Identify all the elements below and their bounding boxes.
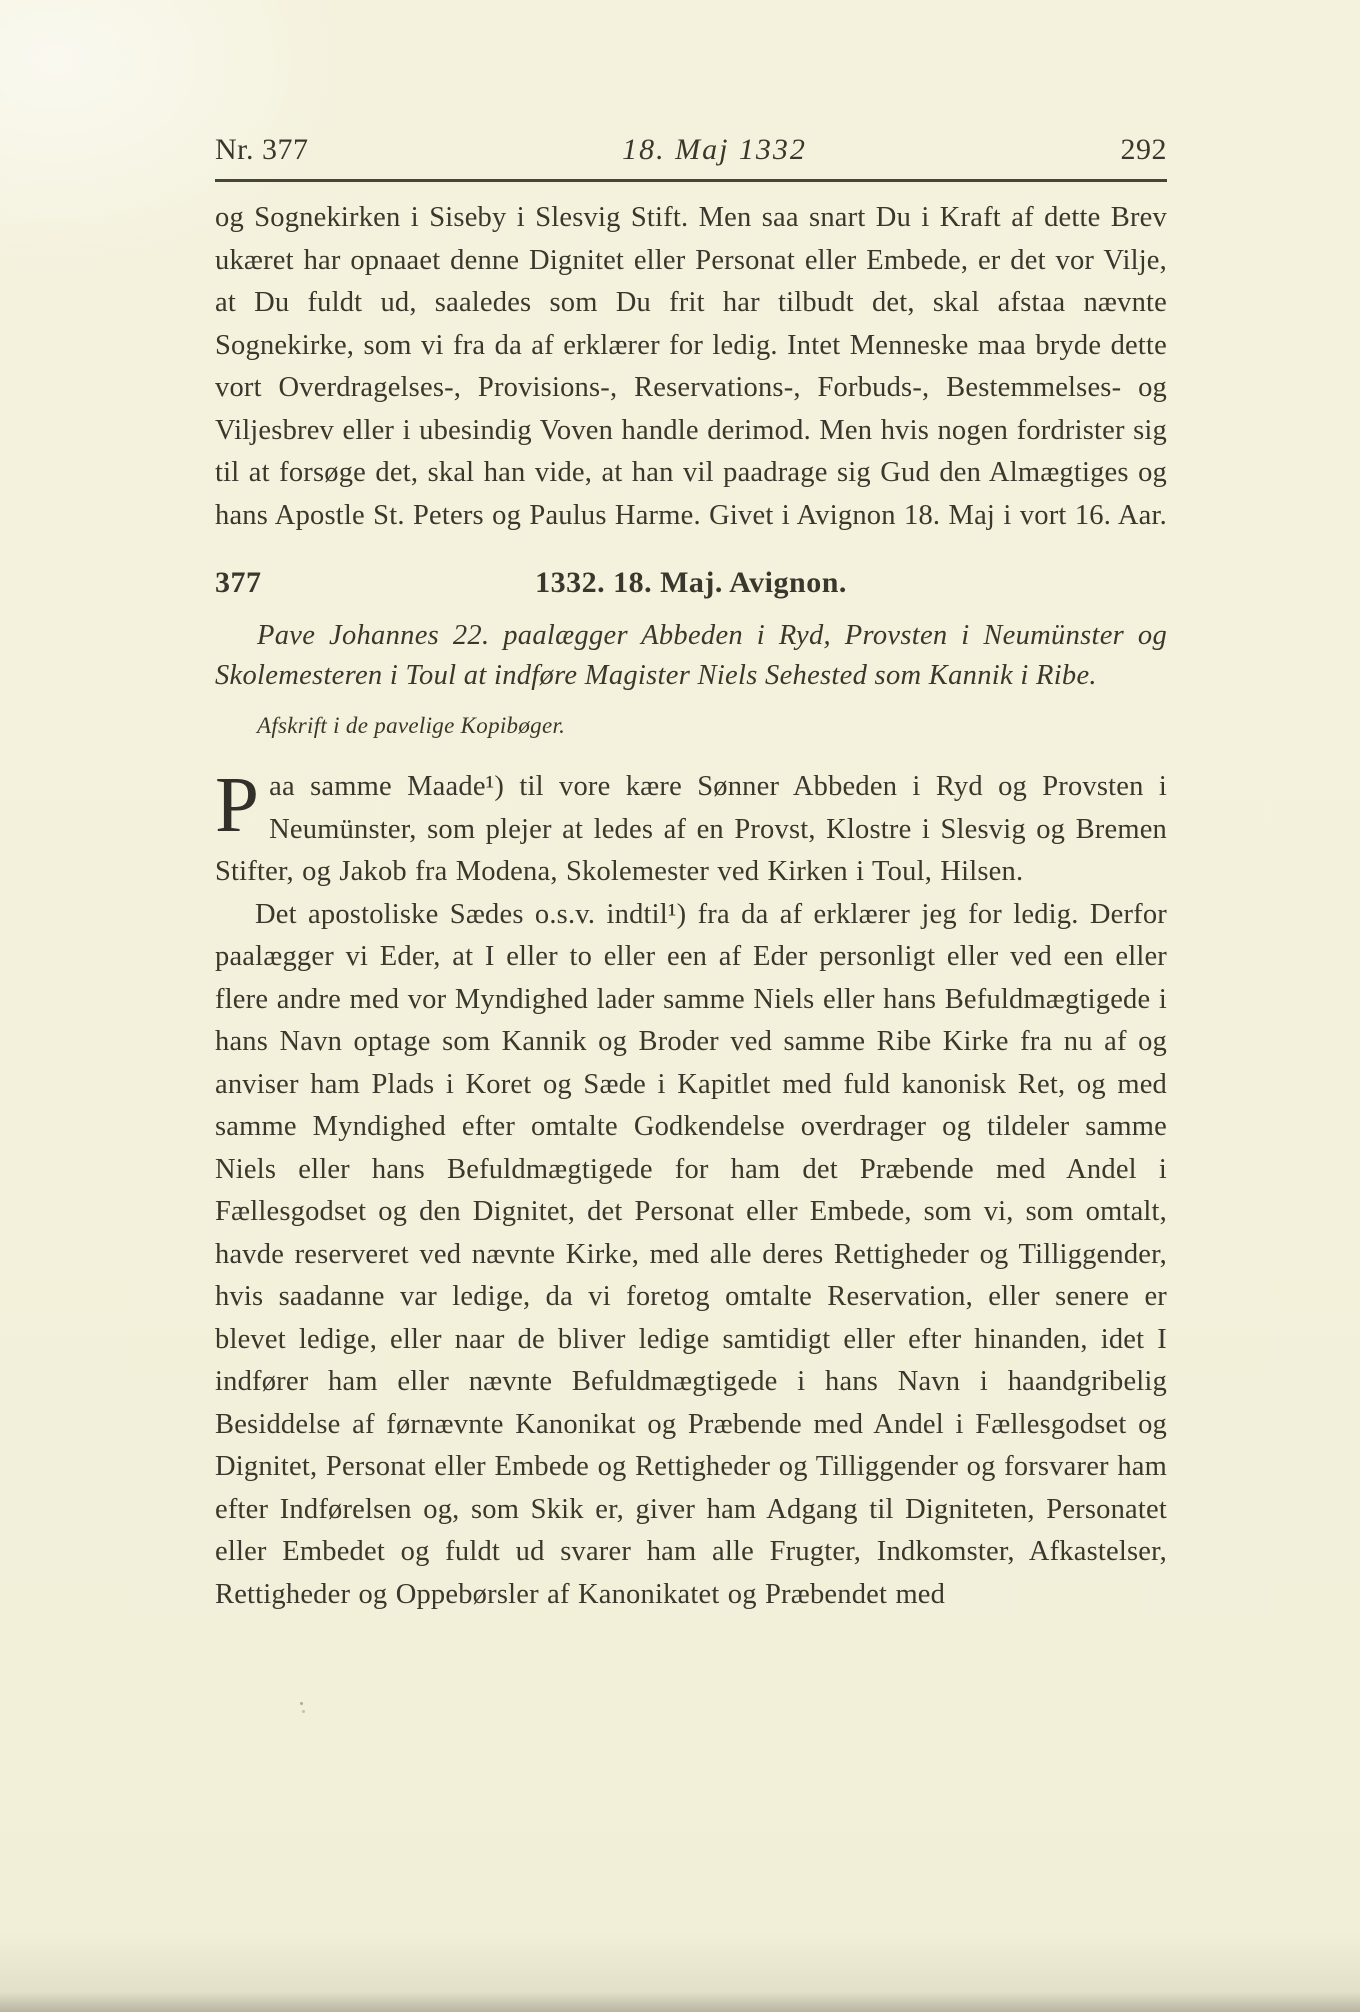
entry-dateline: 1332. 18. Maj. Avignon.	[535, 566, 847, 599]
header-entry-number: Nr. 377	[215, 132, 309, 168]
entry-heading: 377 1332. 18. Maj. Avignon.	[215, 564, 1167, 602]
book-page: Nr. 377 18. Maj 1332 292 og Sognekirken …	[0, 0, 1360, 2012]
continuation-paragraph: og Sognekirken i Siseby i Slesvig Stift.…	[215, 197, 1167, 537]
entry-source-note: Afskrift i de pavelige Kopibøger.	[257, 711, 1167, 741]
opening-paragraph-text: aa samme Maade¹) til vore kære Sønner Ab…	[215, 771, 1167, 887]
running-header: Nr. 377 18. Maj 1332 292	[215, 132, 1167, 168]
header-page-number: 292	[1121, 132, 1168, 168]
header-rule-divider	[215, 179, 1167, 182]
entry-number: 377	[215, 564, 262, 602]
scan-speckle-artifact	[300, 1702, 303, 1705]
entry-summary: Pave Johannes 22. paalægger Abbeden i Ry…	[215, 616, 1167, 696]
page-content: Nr. 377 18. Maj 1332 292 og Sognekirken …	[215, 0, 1167, 1616]
entry-opening-paragraph: Paa samme Maade¹) til vore kære Sønner A…	[215, 766, 1167, 894]
dropcap-initial: P	[215, 766, 269, 840]
header-date-title: 18. Maj 1332	[309, 132, 1121, 168]
entry-main-paragraph: Det apostoliske Sædes o.s.v. indtil¹) fr…	[215, 894, 1167, 1617]
